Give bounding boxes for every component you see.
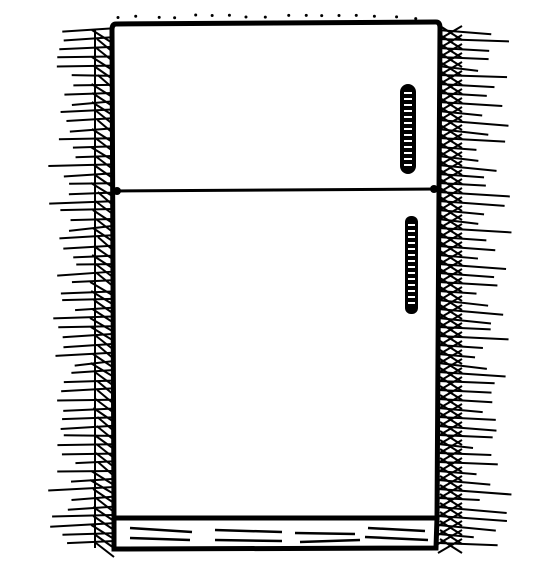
door-divider — [114, 189, 438, 191]
freezer-handle — [400, 84, 416, 174]
fridge-body-outline — [112, 22, 440, 520]
refrigerator-illustration — [0, 0, 537, 577]
top-stipple — [117, 14, 418, 21]
base-kickplate — [114, 518, 437, 549]
hatched-shadow-left — [48, 28, 114, 557]
hatched-shadow-right — [438, 26, 511, 553]
fridge-handle — [405, 216, 418, 314]
